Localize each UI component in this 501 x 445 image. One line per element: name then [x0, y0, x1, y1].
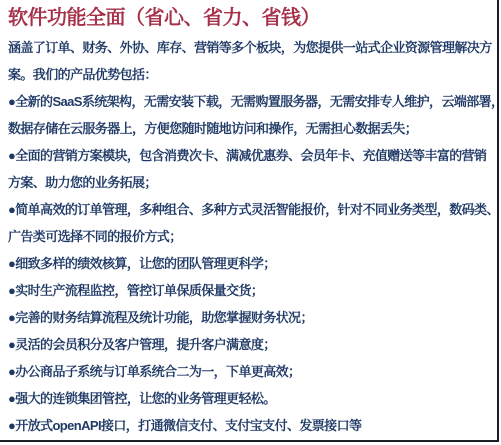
bullet-line: ●全面的营销方案模块，包含消费次卡、满减优惠券、会员年卡、充值赠送等丰富的营销	[8, 142, 493, 169]
bullet-item-member-crm: ●灵活的会员积分及客户管理，提升客户满意度；	[8, 331, 493, 358]
bullet-line: ●开放式openAPI接口，打通微信支付、支付宝支付、发票接口等	[8, 412, 493, 439]
bullet-line: ●灵活的会员积分及客户管理，提升客户满意度；	[8, 331, 493, 358]
intro-line-2: 案。我们的产品优势包括：	[8, 61, 493, 88]
bullet-line: ●完善的财务结算流程及统计功能，助您掌握财务状况；	[8, 304, 493, 331]
intro-line-1: 涵盖了订单、财务、外协、库存、营销等多个板块，为您提供一站式企业资源管理解决方	[8, 34, 493, 61]
bullet-line: ●简单高效的订单管理，多种组合、多种方式灵活智能报价，针对不同业务类型，数码类、	[8, 196, 493, 223]
feature-overview-panel: 软件功能全面（省心、省力、省钱） 涵盖了订单、财务、外协、库存、营销等多个板块，…	[0, 0, 501, 445]
feature-bullet-list: ●全新的SaaS系统架构，无需安装下载，无需购置服务器，无需安排专人维护，云端部…	[8, 88, 493, 439]
bullet-line: ●实时生产流程监控，管控订单保质保量交货；	[8, 277, 493, 304]
bullet-line: ●强大的连锁集团管控，让您的业务管理更轻松。	[8, 385, 493, 412]
bullet-item-chain-group: ●强大的连锁集团管控，让您的业务管理更轻松。	[8, 385, 493, 412]
panel-bottom-border	[0, 440, 499, 442]
page-title: 软件功能全面（省心、省力、省钱）	[8, 5, 493, 31]
bullet-line-wrap: 数据存储在云服务器上，方便您随时随地访问和操作，无需担心数据丢失；	[8, 115, 493, 142]
bullet-item-production-monitor: ●实时生产流程监控，管控订单保质保量交货；	[8, 277, 493, 304]
bullet-item-finance: ●完善的财务结算流程及统计功能，助您掌握财务状况；	[8, 304, 493, 331]
intro-paragraph: 涵盖了订单、财务、外协、库存、营销等多个板块，为您提供一站式企业资源管理解决方 …	[8, 34, 493, 88]
bullet-line: ●全新的SaaS系统架构，无需安装下载，无需购置服务器，无需安排专人维护，云端部…	[8, 88, 493, 115]
bullet-item-marketing: ●全面的营销方案模块，包含消费次卡、满减优惠券、会员年卡、充值赠送等丰富的营销 …	[8, 142, 493, 196]
bullet-line: ●办公商品子系统与订单系统合二为一，下单更高效；	[8, 358, 493, 385]
bullet-item-open-api: ●开放式openAPI接口，打通微信支付、支付宝支付、发票接口等	[8, 412, 493, 439]
bullet-item-office-goods: ●办公商品子系统与订单系统合二为一，下单更高效；	[8, 358, 493, 385]
bullet-item-performance: ●细致多样的绩效核算，让您的团队管理更科学；	[8, 250, 493, 277]
panel-right-border	[497, 0, 499, 442]
bullet-line-wrap: 广告类可选择不同的报价方式；	[8, 223, 493, 250]
bullet-line-wrap: 方案、助力您的业务拓展；	[8, 169, 493, 196]
bullet-item-saas: ●全新的SaaS系统架构，无需安装下载，无需购置服务器，无需安排专人维护，云端部…	[8, 88, 493, 142]
bullet-line: ●细致多样的绩效核算，让您的团队管理更科学；	[8, 250, 493, 277]
bullet-item-order-management: ●简单高效的订单管理，多种组合、多种方式灵活智能报价，针对不同业务类型，数码类、…	[8, 196, 493, 250]
